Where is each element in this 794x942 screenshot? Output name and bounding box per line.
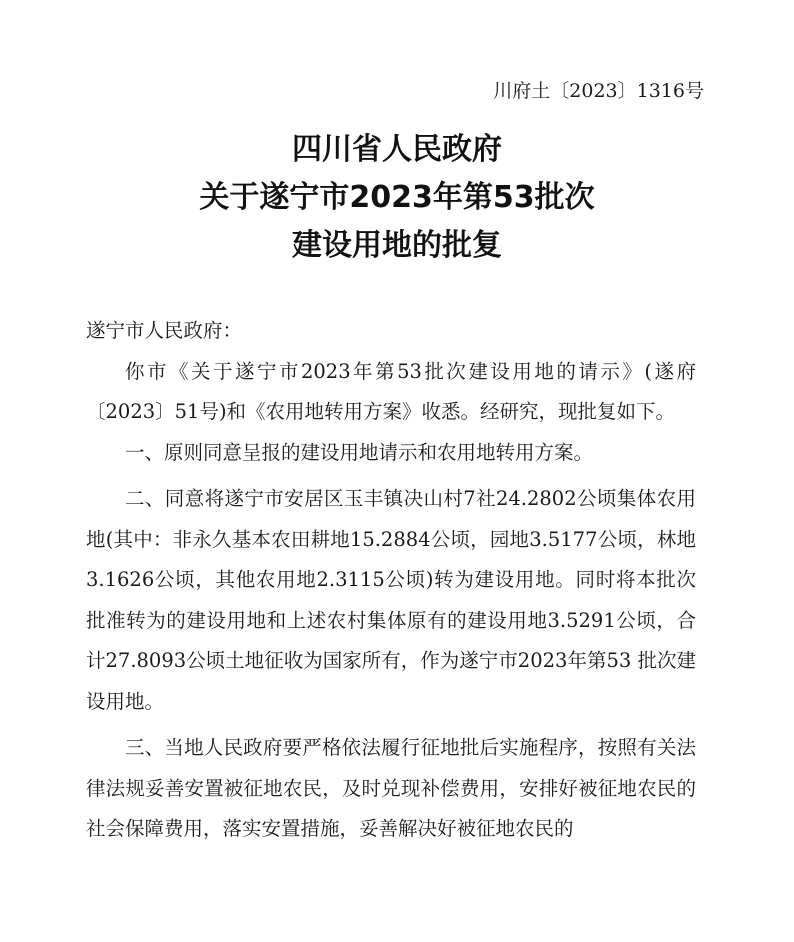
title-line-issuer: 四川省人民政府 <box>0 124 794 168</box>
salutation: 遂宁市人民政府： <box>86 311 696 352</box>
paragraph-item-3: 三、当地人民政府要严格依法履行征地批后实施程序，按照有关法律法规妥善安置被征地农… <box>86 728 696 850</box>
title-line-type: 建设用地的批复 <box>0 220 794 264</box>
document-body: 遂宁市人民政府： 你市《关于遂宁市2023年第53批次建设用地的请示》(遂府〔2… <box>86 311 696 850</box>
title-line-subject: 关于遂宁市2023年第53批次 <box>0 172 794 216</box>
document-number: 川府土〔2023〕1316号 <box>493 76 704 103</box>
paragraph-intro: 你市《关于遂宁市2023年第53批次建设用地的请示》(遂府〔2023〕51号)和… <box>86 352 696 433</box>
paragraph-item-2: 二、同意将遂宁市安居区玉丰镇决山村7社24.2802公顷集体农用地(其中：非永久… <box>86 479 696 722</box>
paragraph-item-1: 一、原则同意呈报的建设用地请示和农用地转用方案。 <box>86 433 696 474</box>
